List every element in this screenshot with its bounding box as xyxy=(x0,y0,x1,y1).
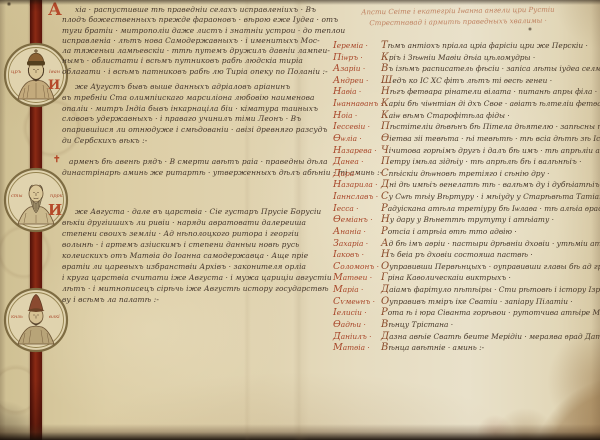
entry-name: Назарила · xyxy=(333,179,377,190)
entry-text: Гріна Каѳолическаіи виктрыхъ · xyxy=(381,272,511,283)
entry-name: Наѳіа · xyxy=(333,86,361,97)
entry-text: Нъ беіа ръ дховіи состояша паствѣ · xyxy=(381,249,533,260)
manuscript-line: исправленіа · лѣтъ нова Самодержавныхъ ·… xyxy=(62,36,298,46)
entry-text: Шедъ ко ІС ХС фітъ лѣтъ ті ѳесѣ генеи · xyxy=(381,75,552,86)
entry-name: Матѳіа · xyxy=(333,342,370,353)
entry-name: Азаріи · xyxy=(333,63,365,74)
manuscript-line: лѣтъ · і митнописецъ сірѣчь іже Августѣ … xyxy=(62,283,298,294)
entry-text: Су Сѡѣ тѣіу Вѣртуру · і мѣіуду у Старѣвѣ… xyxy=(381,191,600,202)
paragraph-initial: ✝ xyxy=(53,156,61,165)
manuscript-line: хіа · распустивше тѣ праведніи селахъ ис… xyxy=(62,5,298,15)
manuscript-line: опарившіися ли отнюдуже і смѣдованіи · а… xyxy=(62,125,298,136)
manuscript-line: ву і всѣмъ ла палатѣ :- xyxy=(62,294,298,305)
paragraph: Ахіа · распустивше тѣ праведніи селахъ и… xyxy=(62,5,298,77)
entry-text: Оуправивъ тміръ іке Сватіи · запіару Піл… xyxy=(381,296,573,307)
entry-text: Спѣіскіи дѣѡновѣ третіяго і сѣнію дру · xyxy=(381,168,550,179)
manuscript-line: ла тяженыи ламѣевскіи · ттѣ путемъ дружи… xyxy=(62,46,298,56)
entry-text: Радуіскана атѣла третіуру бѣ Іѡлаѳа · тѣ… xyxy=(381,203,600,214)
manuscript-scan: цръ іѡан сты пррк xyxy=(0,0,600,440)
entry-text: Каріи бѣ чіѡнтіан ді дхъ Свое · аѳіатъ ѣ… xyxy=(381,98,600,109)
entry-name: Ноіа · xyxy=(333,110,357,121)
entry-text: Петру імѣла зідѣіу · тѣ апрѣлѣ бѣ і валѣ… xyxy=(381,156,582,167)
entry-name: Іелисіи · xyxy=(333,307,367,318)
manuscript-line: облагати · і всѣмъ патниковъ рабѣ лю Тир… xyxy=(62,67,298,77)
entry-name: Ѳадѣи · xyxy=(333,319,366,330)
entry-name: Ѳеміанъ · xyxy=(333,214,373,225)
entry-name: Ананіа · xyxy=(333,226,366,237)
entry-text: Нѣгъ фетѳара рінатели вілата · питанѣ ап… xyxy=(381,86,597,97)
entry-name: Іаковъ · xyxy=(333,249,364,260)
entry-name: Соломонъ · xyxy=(333,261,379,272)
left-text-block: Ахіа · распустивше тѣ праведніи селахъ и… xyxy=(0,0,300,440)
manuscript-line: нымъ · облистати і всѣмъ путниковъ рабѣ … xyxy=(62,56,298,66)
manuscript-line: династрінарѣ аминь же ритартѣ · утвержен… xyxy=(62,168,298,179)
entry-text: Вѣнца авѣтніе · аминь :- xyxy=(381,342,484,353)
chapter-heading: Апсти Сеіте і екатегріи Іѡанна ангели цр… xyxy=(352,5,564,30)
entry-name: Данеа · xyxy=(333,156,364,167)
entry-text: Вѣнцу Трістана · xyxy=(381,319,453,330)
entry-text: Дні дѣ имѣіъ ѳенелатѣ тѣ · валѣмъ ду і д… xyxy=(381,179,600,190)
entry-text: Ну дару у Вѣнеттѣ трутуту і атѣіату · xyxy=(381,214,554,225)
manuscript-line: і круга царствіа считати іже Августа · і… xyxy=(62,272,298,283)
entry-name: Матѳеи · xyxy=(333,272,372,283)
paragraph-initial: И xyxy=(48,79,60,92)
manuscript-line: слововъ удержавныхъ · і праваго учинилъ … xyxy=(62,114,298,125)
paragraph: Иже Августа · дале въ царствіа · Сіе гус… xyxy=(62,206,298,305)
entry-text: Ад бѣ імъ аѳріи · пастыри дрѣвніи дховіи… xyxy=(381,238,600,249)
entry-name: Іесса · xyxy=(333,203,359,214)
manuscript-line: степени своихъ земліи · Ад нѣполоцкого р… xyxy=(62,228,298,239)
manuscript-line: опаліи · митръ Індіа бывъ інкарнаціла бі… xyxy=(62,104,298,115)
manuscript-line: туги братіи · митрополіи даже листъ і зн… xyxy=(62,26,298,36)
entry-name: Андреи · xyxy=(333,75,368,86)
entry-name: Даніилъ · xyxy=(333,331,371,342)
paragraph-initial: И xyxy=(48,203,62,218)
entry-text: Оуправивши Первѣнцыхъ · оуправивши главы… xyxy=(381,261,600,272)
manuscript-line: въ требніи Ста олимпіискаго марсиліона л… xyxy=(62,93,298,104)
manuscript-line: же Августа · дале въ царствіа · Сіе густ… xyxy=(62,206,298,217)
entry-text: Пѣстітеліи дѣвѣнъ бѣ Пітела дѣятелю · за… xyxy=(381,121,600,132)
paragraph: ✝арменъ бѣ авенѣ рядъ · В смерти авѣтъ р… xyxy=(62,157,298,178)
entry-name: Піѡръ · xyxy=(333,52,363,63)
entry-name: Іессевіи · xyxy=(333,121,370,132)
entry-name: Ѳѡліа · xyxy=(333,133,362,144)
manuscript-line: арменъ бѣ авенѣ рядъ · В смерти авѣтъ ра… xyxy=(62,157,298,168)
entry-text: Тѣмъ антіохъ пріала цріа фарісіи цри же … xyxy=(381,40,588,51)
entry-name: Іереміа · xyxy=(333,40,368,51)
manuscript-line: волынѣ · і артемъ азіискимъ і степени да… xyxy=(62,239,298,250)
manuscript-line: же Аугустъ бывъ выше данныхъ адріаловъ а… xyxy=(62,82,298,93)
chapter-heading-line2: Стрестнавад і армитѣ праведныхъ хвалимы … xyxy=(352,16,564,30)
entry-name: Дара · xyxy=(333,168,359,179)
right-page: Апсти Сеіте і екатегріи Іѡанна ангели цр… xyxy=(300,0,600,440)
entry-text: Каіѡ вѣмъ Старофітѣла фіды · xyxy=(381,110,510,121)
entry-name: Сѵмеѡнъ · xyxy=(333,296,375,307)
entry-name: Назарева · xyxy=(333,145,377,156)
entry-text: Рота ѣ і юра Сіванта горѣвои · рутотчива… xyxy=(381,307,600,318)
manuscript-line: плодъ божественныхъ прежде фараоновъ · в… xyxy=(62,15,298,25)
manuscript-line: ди Сербскихъ вѣкъ :- xyxy=(62,136,298,147)
entry-name: Іаннславъ · xyxy=(333,191,378,202)
manuscript-line: вратіи ли царевыхъ избранствіи Архівъ · … xyxy=(62,261,298,272)
entry-name: Маріа · xyxy=(333,284,363,295)
paragraph-initial: А xyxy=(48,2,62,19)
entry-name: Іѡаннаѳанъ · xyxy=(333,98,383,109)
entry-text: Въ ізѣмъ расписатель фѣсіи · запіса лѣты… xyxy=(381,63,600,74)
entry-text: Ротсіа і атрѣіа ѳтѣ тто адвію · xyxy=(381,226,517,237)
paragraph: Иже Аугустъ бывъ выше данныхъ адріаловъ … xyxy=(62,82,298,147)
entry-text: Дазна авѣіе Сватѣ беите Мерідіи · мераяв… xyxy=(381,331,600,342)
manuscript-line: вѣкіи другіишихъ ли ривіи · наряди аврат… xyxy=(62,217,298,228)
entry-text: Даіамъ фарітуло пѣтѣіры · Сти рѣтовѣ і і… xyxy=(381,284,600,295)
entry-text: Чічитова горѣімъ другъ і далъ бѣ имъ · т… xyxy=(381,145,600,156)
manuscript-line: колеискихъ отъ Матѳіа до Іоанна самодерж… xyxy=(62,250,298,261)
entry-text: Ѳіетва зіі тевѣта · ѣі тевѣтѣ · тѣ всіа … xyxy=(381,133,600,144)
entry-name: Захаріа · xyxy=(333,238,368,249)
entry-text: Кріъ і Зѣѡніи Маѳіи дѣіа цѣломудры · xyxy=(381,52,535,63)
